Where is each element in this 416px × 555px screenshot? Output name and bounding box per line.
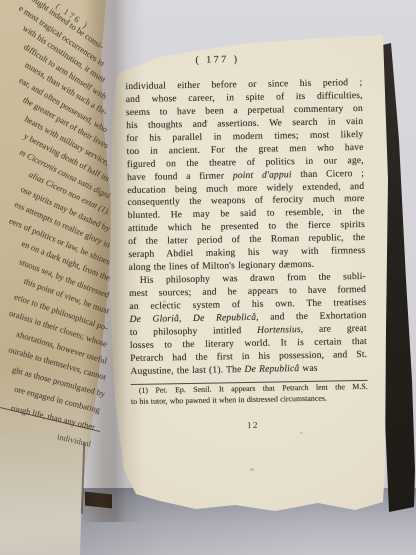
text-segment: , [179, 313, 193, 324]
text-segment: was [299, 362, 318, 373]
text-segment: have found a firmer [127, 170, 233, 183]
italic-text: De Republicâ [244, 363, 299, 375]
text-line: Augustine, the last (1). The De Republic… [130, 362, 367, 379]
body-text: individual either before or since his pe… [125, 77, 367, 379]
text-segment: to philosophy intitled [130, 325, 258, 338]
text-segment: along the lines of Milton's legionary dæ… [129, 259, 315, 273]
italic-text: De Republicâ [193, 312, 256, 324]
text-segment: than Cicero ; [292, 168, 365, 180]
signature-mark: 12 [247, 420, 259, 430]
italic-text: point d'appui [233, 169, 292, 181]
italic-text: Hortensius [257, 324, 301, 336]
right-page-text: ( 177 ) individual either before or sinc… [125, 52, 368, 408]
text-segment: , are great [301, 323, 367, 335]
text-segment: , and the Exhortation [256, 310, 367, 323]
footnote-text: (1) Pet. Ep. Senil. It appears that Petr… [131, 381, 368, 408]
italic-text: De Gloriâ [129, 313, 179, 325]
text-segment: Augustine, the last (1). The [130, 364, 244, 377]
open-book-photograph: ( 176 ) ophe ought indeed to be consi-e … [0, 0, 416, 555]
